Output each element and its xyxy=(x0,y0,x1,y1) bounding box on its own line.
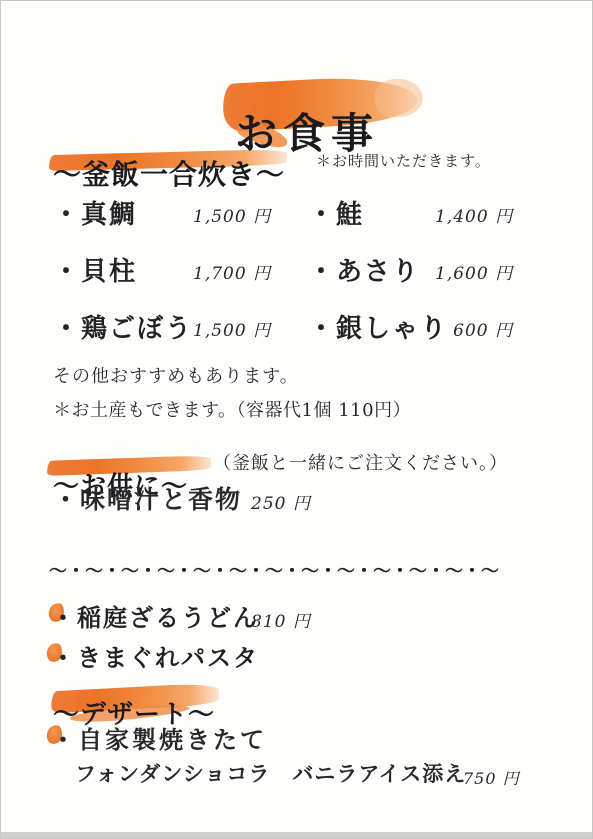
scanned-menu-page: お食事 〜釜飯一合炊き〜 ＊お時間いただきます。 ・真鯛 1,500 円 ・鮭 … xyxy=(0,0,593,839)
item-name-inaniwa-udon: ・稲庭ざるうどん xyxy=(51,598,259,633)
item-price-dessert: 750 円 xyxy=(463,766,520,789)
item-name-kimagure-pasta: ・きまぐれパスタ xyxy=(51,638,259,673)
item-price-kaibashira: 1,700 円 xyxy=(193,259,271,284)
item-price-madai: 1,500 円 xyxy=(193,202,271,227)
item-name-ginshari: ・銀しゃり xyxy=(308,308,448,345)
note-other-recommendations: その他おすすめもあります。 xyxy=(53,362,299,388)
item-name-dessert-line1: ・自家製焼きたて xyxy=(51,720,267,755)
item-price-inaniwa-udon: 810 円 xyxy=(251,607,311,632)
item-price-misoshiru: 250 円 xyxy=(251,489,311,514)
note-takeout: ＊お土産もできます。（容器代1個 110円） xyxy=(53,396,411,422)
item-name-asari: ・あさり xyxy=(308,251,420,288)
wavy-divider: 〜・〜・〜・〜・〜・〜・〜・〜・〜・〜・〜・〜・〜 xyxy=(49,557,499,583)
item-name-sake: ・鮭 xyxy=(308,194,364,231)
item-name-madai: ・真鯛 xyxy=(53,194,137,231)
item-price-sake: 1,400 円 xyxy=(435,202,513,227)
item-name-dessert-line2: フォンダンショコラ バニラアイス添え xyxy=(75,758,466,788)
time-required-note: ＊お時間いただきます。 xyxy=(316,150,491,171)
section-heading-kamameshi: 〜釜飯一合炊き〜 xyxy=(53,153,285,193)
item-name-kaibashira: ・貝柱 xyxy=(53,251,137,288)
item-price-ginshari: 600 円 xyxy=(435,316,513,341)
item-name-misoshiru: ・味噌汁と香物 xyxy=(53,480,242,516)
scan-bottom-edge xyxy=(1,832,592,838)
item-price-torigobo: 1,500 円 xyxy=(193,316,271,341)
item-price-asari: 1,600 円 xyxy=(435,259,513,284)
otomo-order-note: （釜飯と一緒にご注文ください。） xyxy=(213,449,508,475)
item-name-torigobo: ・鶏ごぼう xyxy=(53,308,193,345)
